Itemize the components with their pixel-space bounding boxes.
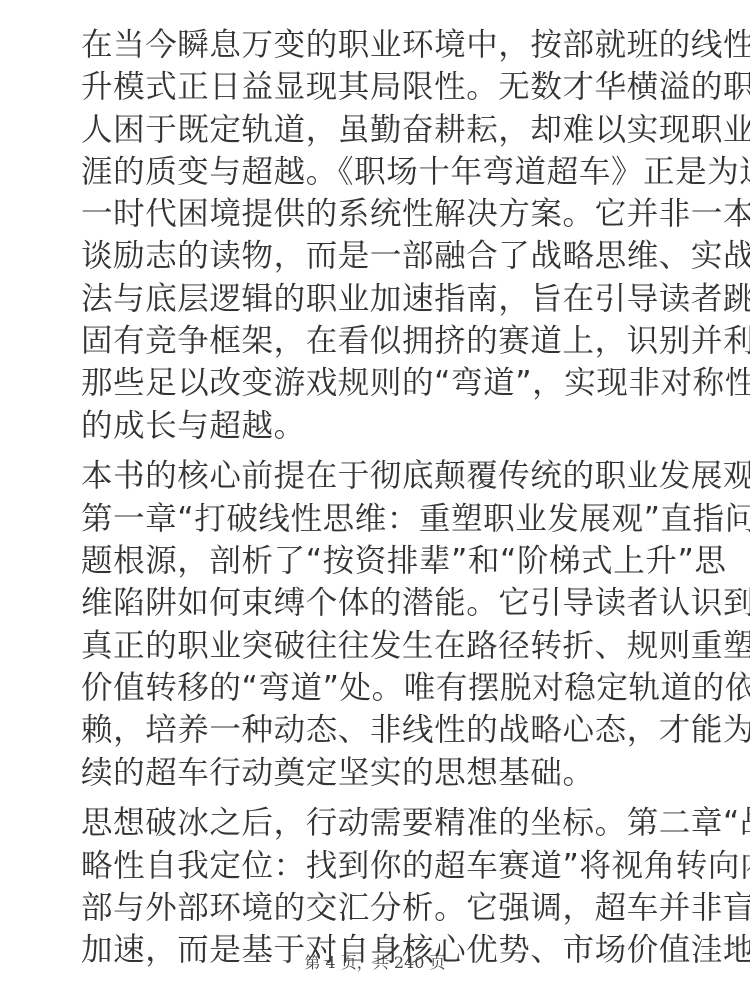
text-line: 第一章“打破线性思维：重塑职业发展观”直指问 <box>81 498 681 540</box>
page-number-footer: 第 4 页，共 240 页 <box>0 952 750 974</box>
text-line: 续的超车行动奠定坚实的思想基础。 <box>81 752 681 794</box>
text-line: 本书的核心前提在于彻底颠覆传统的职业发展观。 <box>81 455 681 497</box>
text-line: 谈励志的读物，而是一部融合了战略思维、实战方 <box>81 235 681 277</box>
text-line: 固有竞争框架，在看似拥挤的赛道上，识别并利用 <box>81 320 681 362</box>
text-line: 价值转移的“弯道”处。唯有摆脱对稳定轨道的依 <box>81 667 681 709</box>
text-line: 题根源，剖析了“按资排辈”和“阶梯式上升”思 <box>81 540 681 582</box>
text-line: 人困于既定轨道，虽勤奋耕耘，却难以实现职业生 <box>81 109 681 151</box>
paragraph-1: 在当今瞬息万变的职业环境中，按部就班的线性晋 升模式正日益显现其局限性。无数才华… <box>81 24 681 447</box>
text-line: 思想破冰之后，行动需要精准的坐标。第二章“战 <box>81 802 681 844</box>
text-line: 在当今瞬息万变的职业环境中，按部就班的线性晋 <box>81 24 681 66</box>
paragraph-2: 本书的核心前提在于彻底颠覆传统的职业发展观。 第一章“打破线性思维：重塑职业发展… <box>81 455 681 793</box>
text-line: 部与外部环境的交汇分析。它强调，超车并非盲目 <box>81 887 681 929</box>
body-text: 在当今瞬息万变的职业环境中，按部就班的线性晋 升模式正日益显现其局限性。无数才华… <box>81 24 681 980</box>
text-line: 升模式正日益显现其局限性。无数才华横溢的职场 <box>81 66 681 108</box>
paragraph-3: 思想破冰之后，行动需要精准的坐标。第二章“战 略性自我定位：找到你的超车赛道”将… <box>81 802 681 971</box>
text-line: 真正的职业突破往往发生在路径转折、规则重塑或 <box>81 625 681 667</box>
text-line: 略性自我定位：找到你的超车赛道”将视角转向内 <box>81 845 681 887</box>
text-line: 的成长与超越。 <box>81 405 681 447</box>
text-line: 法与底层逻辑的职业加速指南，旨在引导读者跳出 <box>81 278 681 320</box>
text-line: 赖，培养一种动态、非线性的战略心态，才能为后 <box>81 709 681 751</box>
text-line: 一时代困境提供的系统性解决方案。它并非一本空 <box>81 193 681 235</box>
text-line: 维陷阱如何束缚个体的潜能。它引导读者认识到， <box>81 582 681 624</box>
text-line: 那些足以改变游戏规则的“弯道”，实现非对称性 <box>81 362 681 404</box>
document-page: 在当今瞬息万变的职业环境中，按部就班的线性晋 升模式正日益显现其局限性。无数才华… <box>0 0 750 1000</box>
text-line: 涯的质变与超越。《职场十年弯道超车》正是为这 <box>81 151 681 193</box>
